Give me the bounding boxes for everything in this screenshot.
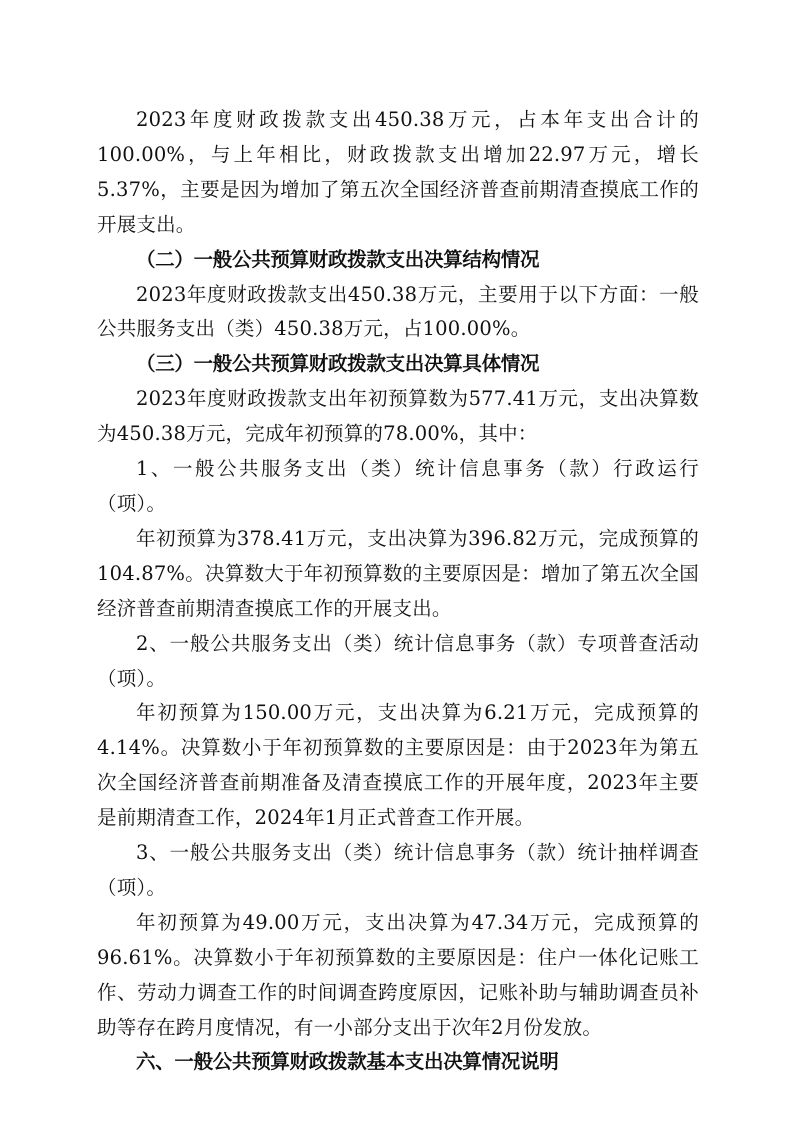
item-1-title: 1、一般公共服务支出（类）统计信息事务（款）行政运行（项）。 xyxy=(97,452,699,522)
paragraph-structure: 2023年度财政拨款支出450.38万元，主要用于以下方面：一般公共服务支出（类… xyxy=(97,278,699,348)
item-1-description: 年初预算为378.41万元，支出决算为396.82万元，完成预算的104.87%… xyxy=(97,522,699,627)
section-heading-structure: （二）一般公共预算财政拨款支出决算结构情况 xyxy=(97,243,699,278)
item-3-description: 年初预算为49.00万元，支出决算为47.34万元，完成预算的96.61%。决算… xyxy=(97,906,699,1046)
item-3-title: 3、一般公共服务支出（类）统计信息事务（款）统计抽样调查（项）。 xyxy=(97,836,699,906)
paragraph-budget-overview: 2023年度财政拨款支出年初预算数为577.41万元，支出决算数为450.38万… xyxy=(97,382,699,452)
section-heading-details: （三）一般公共预算财政拨款支出决算具体情况 xyxy=(97,347,699,382)
paragraph-total-expenditure: 2023年度财政拨款支出450.38万元，占本年支出合计的100.00%，与上年… xyxy=(97,103,699,243)
section-heading-basic-expenditure: 六、一般公共预算财政拨款基本支出决算情况说明 xyxy=(97,1045,699,1080)
document-page: 2023年度财政拨款支出450.38万元，占本年支出合计的100.00%，与上年… xyxy=(97,103,699,1080)
item-2-description: 年初预算为150.00万元，支出决算为6.21万元，完成预算的4.14%。决算数… xyxy=(97,696,699,836)
item-2-title: 2、一般公共服务支出（类）统计信息事务（款）专项普查活动（项）。 xyxy=(97,627,699,697)
